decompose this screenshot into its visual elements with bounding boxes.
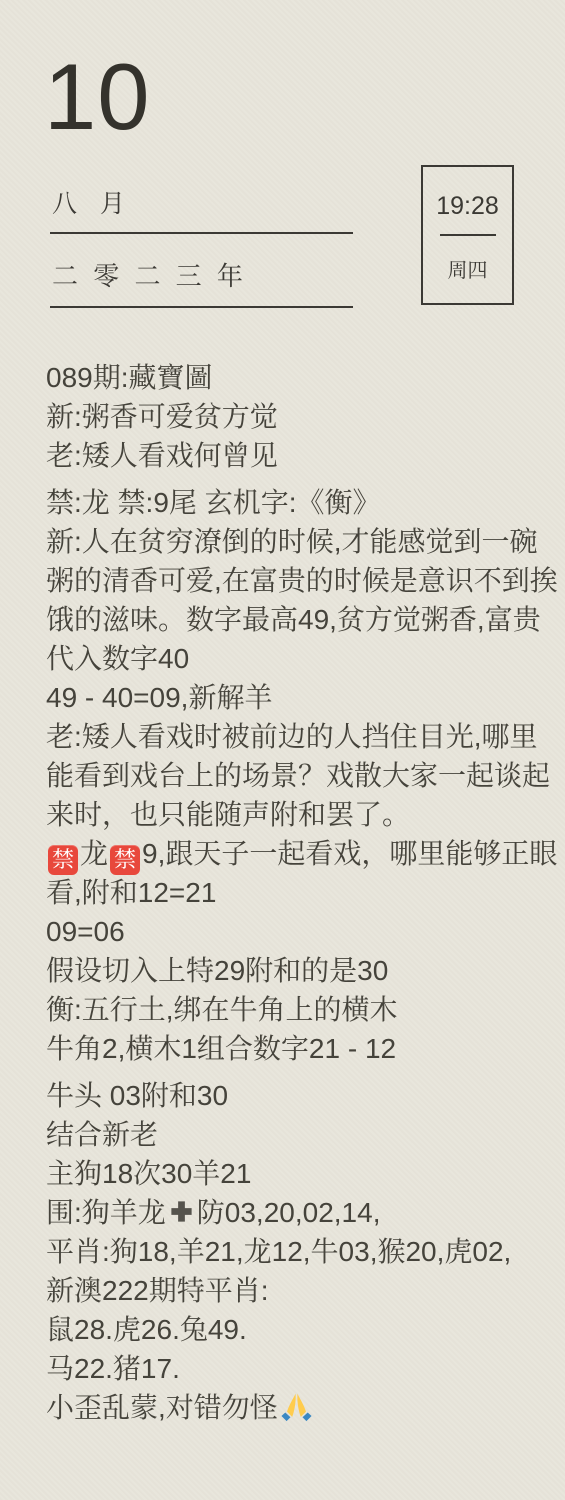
text-line: 代入数字40 [46, 639, 565, 678]
day-number: 10 [44, 50, 151, 144]
folded-hands-icon [281, 1391, 312, 1422]
text-segment: 防03,20,02,14, [197, 1197, 381, 1228]
divider-line-bottom [50, 306, 353, 308]
text-line: 老:矮人看戏何曾见 [46, 436, 565, 475]
text-line: 马22.猪17. [46, 1349, 565, 1388]
text-line: 假设切入上特29附和的是30 [46, 951, 565, 990]
text-segment: 龙 [80, 838, 108, 869]
year-label: 二 零 二 三 年 [52, 256, 247, 293]
text-segment: 9,跟天子一起看戏，哪里能够正眼 [142, 838, 557, 869]
text-line: 结合新老 [46, 1115, 565, 1154]
text-line: 老:矮人看戏时被前边的人挡住目光,哪里 [46, 717, 565, 756]
heavy-plus-icon [168, 1198, 195, 1225]
calendar-note-page: 10 八 月 二 零 二 三 年 19:28 周四 089期:藏寶圖 新:粥香可… [0, 0, 565, 1500]
time-box: 19:28 周四 [421, 165, 514, 305]
text-line-with-pray: 小歪乱蒙,对错勿怪 [46, 1388, 565, 1427]
text-line-with-forbidden-badges: 禁龙禁9,跟天子一起看戏，哪里能够正眼 [46, 834, 565, 873]
text-line: 新澳222期特平肖: [46, 1271, 565, 1310]
text-line: 饿的滋味。数字最高49,贫方觉粥香,富贵 [46, 600, 565, 639]
divider-line-top [50, 232, 353, 234]
time-box-divider [440, 234, 496, 236]
time-label: 19:28 [423, 192, 512, 221]
text-line: 新:人在贫穷潦倒的时候,才能感觉到一碗 [46, 522, 565, 561]
text-segment: 围:狗羊龙 [46, 1197, 166, 1228]
body-text: 089期:藏寶圖 新:粥香可爱贫方觉 老:矮人看戏何曾见 禁:龙 禁:9尾 玄机… [46, 358, 565, 1427]
text-line: 平肖:狗18,羊21,龙12,牛03,猴20,虎02, [46, 1232, 565, 1271]
text-line: 鼠28.虎26.兔49. [46, 1310, 565, 1349]
forbidden-badge-icon: 禁 [48, 845, 78, 875]
forbidden-badge-icon: 禁 [110, 845, 140, 875]
text-line: 看,附和12=21 [46, 873, 565, 912]
text-line: 禁:龙 禁:9尾 玄机字:《衡》 [46, 483, 565, 522]
text-line: 49 - 40=09,新解羊 [46, 678, 565, 717]
text-line: 粥的清香可爱,在富贵的时候是意识不到挨 [46, 561, 565, 600]
text-segment: 小歪乱蒙,对错勿怪 [46, 1392, 278, 1423]
text-line: 牛头 03附和30 [46, 1076, 565, 1115]
month-label: 八 月 [52, 184, 133, 220]
text-line: 来时，也只能随声附和罢了。 [46, 795, 565, 834]
text-line: 09=06 [46, 912, 565, 951]
text-line: 能看到戏台上的场景？戏散大家一起谈起 [46, 756, 565, 795]
text-line: 主狗18次30羊21 [46, 1154, 565, 1193]
text-line: 089期:藏寶圖 [46, 358, 565, 397]
text-line: 牛角2,横木1组合数字21 - 12 [46, 1029, 565, 1068]
text-line: 衡:五行土,绑在牛角上的横木 [46, 990, 565, 1029]
text-line: 新:粥香可爱贫方觉 [46, 397, 565, 436]
weekday-label: 周四 [423, 254, 512, 283]
text-line-with-plus: 围:狗羊龙防03,20,02,14, [46, 1193, 565, 1232]
